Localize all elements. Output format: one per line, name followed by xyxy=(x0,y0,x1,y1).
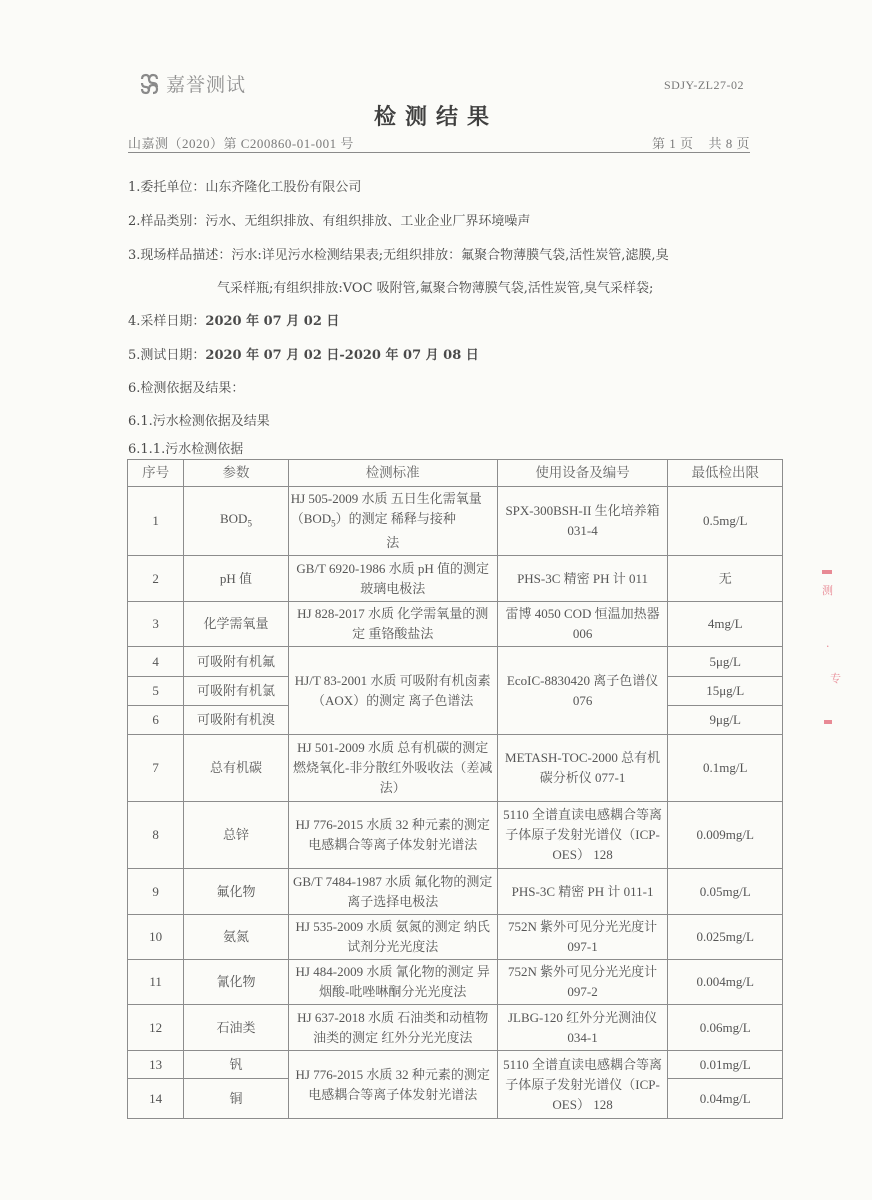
header-parameter: 参数 xyxy=(184,460,288,487)
section-6-1-1-heading: 6.1.1.污水检测依据 xyxy=(128,438,243,457)
cell-param: 石油类 xyxy=(184,1005,288,1051)
cell-param: 可吸附有机氟 xyxy=(184,647,288,677)
header-equipment: 使用设备及编号 xyxy=(497,460,668,487)
cell-limit: 0.004mg/L xyxy=(668,960,783,1005)
seal-stamp-fragment: 测 · 专 xyxy=(820,570,850,730)
logo-text: 嘉誉测试 xyxy=(166,70,246,97)
test-date-value: 2020 年 07 月 02 日-2020 年 07 月 08 日 xyxy=(205,348,478,363)
cell-param: 可吸附有机溴 xyxy=(184,706,288,735)
description-label: 3.现场样品描述： xyxy=(128,248,231,263)
cell-standard: HJ 776-2015 水质 32 种元素的测定 电感耦合等离子体发射光谱法 xyxy=(288,802,497,869)
cell-no: 9 xyxy=(128,869,184,915)
description-line-1: 污水:详见污水检测结果表;无组织排放：氟聚合物薄膜气袋,活性炭管,滤膜,臭 xyxy=(231,248,668,263)
report-reference-line: 山嘉测（2020）第 C200860-01-001 号 第 1 页 共 8 页 xyxy=(128,134,750,153)
cell-no: 10 xyxy=(128,915,184,960)
client-value: 山东齐隆化工股份有限公司 xyxy=(205,180,361,195)
cell-param: 铜 xyxy=(184,1079,288,1119)
cell-equipment: EcoIC-8830420 离子色谱仪 076 xyxy=(497,647,668,735)
cell-param: pH 值 xyxy=(184,556,288,602)
table-header-row: 序号 参数 检测标准 使用设备及编号 最低检出限 xyxy=(128,460,783,487)
cell-limit: 0.06mg/L xyxy=(668,1005,783,1051)
table-row: 3 化学需氧量 HJ 828-2017 水质 化学需氧量的测定 重铬酸盐法 雷博… xyxy=(128,602,783,647)
sample-type-label: 2.样品类别： xyxy=(128,214,205,229)
cell-standard: HJ 505-2009 水质 五日生化需氧量（BOD5）的测定 稀释与接种法 xyxy=(288,487,497,556)
table-row: 4 可吸附有机氟 HJ/T 83-2001 水质 可吸附有机卤素（AOX）的测定… xyxy=(128,647,783,677)
cell-limit: 4mg/L xyxy=(668,602,783,647)
document-code: SDJY-ZL27-02 xyxy=(664,78,744,93)
table-row: 2 pH 值 GB/T 6920-1986 水质 pH 值的测定 玻璃电极法 P… xyxy=(128,556,783,602)
cell-standard: HJ 776-2015 水质 32 种元素的测定 电感耦合等离子体发射光谱法 xyxy=(288,1051,497,1119)
description-field: 3.现场样品描述：污水:详见污水检测结果表;无组织排放：氟聚合物薄膜气袋,活性炭… xyxy=(128,244,669,263)
page-info: 第 1 页 共 8 页 xyxy=(652,133,750,152)
cell-param: 氨氮 xyxy=(184,915,288,960)
cell-equipment: 752N 紫外可见分光光度计 097-1 xyxy=(497,915,668,960)
cell-equipment: 5110 全谱直读电感耦合等离子体原子发射光谱仪（ICP-OES） 128 xyxy=(497,1051,668,1119)
report-number: 山嘉测（2020）第 C200860-01-001 号 xyxy=(128,133,354,152)
table-row: 8 总锌 HJ 776-2015 水质 32 种元素的测定 电感耦合等离子体发射… xyxy=(128,802,783,869)
cell-no: 2 xyxy=(128,556,184,602)
cell-standard: HJ/T 83-2001 水质 可吸附有机卤素（AOX）的测定 离子色谱法 xyxy=(288,647,497,735)
cell-equipment: 752N 紫外可见分光光度计 097-2 xyxy=(497,960,668,1005)
cell-equipment: METASH-TOC-2000 总有机碳分析仪 077-1 xyxy=(497,735,668,802)
cell-equipment: PHS-3C 精密 PH 计 011 xyxy=(497,556,668,602)
header-no: 序号 xyxy=(128,460,184,487)
sampling-date-field: 4.采样日期：2020 年 07 月 02 日 xyxy=(128,310,339,329)
cell-limit: 0.025mg/L xyxy=(668,915,783,960)
cell-param: 总锌 xyxy=(184,802,288,869)
cell-limit: 0.05mg/L xyxy=(668,869,783,915)
cell-limit: 15μg/L xyxy=(668,677,783,706)
cell-param: 可吸附有机氯 xyxy=(184,677,288,706)
table-row: 13 钒 HJ 776-2015 水质 32 种元素的测定 电感耦合等离子体发射… xyxy=(128,1051,783,1079)
table-row: 9 氟化物 GB/T 7484-1987 水质 氟化物的测定 离子选择电极法 P… xyxy=(128,869,783,915)
cell-limit: 0.04mg/L xyxy=(668,1079,783,1119)
cell-param: BOD5 xyxy=(184,487,288,556)
cell-equipment: 5110 全谱直读电感耦合等离子体原子发射光谱仪（ICP-OES） 128 xyxy=(497,802,668,869)
sample-type-field: 2.样品类别：污水、无组织排放、有组织排放、工业企业厂界环境噪声 xyxy=(128,210,530,229)
cell-param: 总有机碳 xyxy=(184,735,288,802)
sampling-date-label: 4.采样日期： xyxy=(128,314,205,329)
cell-param: 化学需氧量 xyxy=(184,602,288,647)
cell-param: 氟化物 xyxy=(184,869,288,915)
table-row: 1 BOD5 HJ 505-2009 水质 五日生化需氧量（BOD5）的测定 稀… xyxy=(128,487,783,556)
logo-icon xyxy=(138,73,160,95)
cell-limit: 9μg/L xyxy=(668,706,783,735)
cell-no: 4 xyxy=(128,647,184,677)
cell-equipment: JLBG-120 红外分光测油仪 034-1 xyxy=(497,1005,668,1051)
test-date-label: 5.测试日期： xyxy=(128,348,205,363)
page-title: 检测结果 xyxy=(0,100,872,131)
client-label: 1.委托单位： xyxy=(128,180,205,195)
table-row: 10 氨氮 HJ 535-2009 水质 氨氮的测定 纳氏试剂分光光度法 752… xyxy=(128,915,783,960)
cell-param: 钒 xyxy=(184,1051,288,1079)
table-row: 12 石油类 HJ 637-2018 水质 石油类和动植物油类的测定 红外分光光… xyxy=(128,1005,783,1051)
cell-limit: 0.009mg/L xyxy=(668,802,783,869)
cell-no: 1 xyxy=(128,487,184,556)
cell-limit: 无 xyxy=(668,556,783,602)
cell-no: 12 xyxy=(128,1005,184,1051)
cell-no: 7 xyxy=(128,735,184,802)
description-line-2: 气采样瓶;有组织排放:VOC 吸附管,氟聚合物薄膜气袋,活性炭管,臭气采样袋; xyxy=(217,277,653,296)
cell-standard: HJ 501-2009 水质 总有机碳的测定 燃烧氧化-非分散红外吸收法（差减法… xyxy=(288,735,497,802)
company-logo: 嘉誉测试 xyxy=(138,70,246,97)
cell-standard: GB/T 7484-1987 水质 氟化物的测定 离子选择电极法 xyxy=(288,869,497,915)
cell-equipment: PHS-3C 精密 PH 计 011-1 xyxy=(497,869,668,915)
cell-standard: HJ 484-2009 水质 氰化物的测定 异烟酸-吡唑啉酮分光光度法 xyxy=(288,960,497,1005)
cell-no: 8 xyxy=(128,802,184,869)
cell-limit: 5μg/L xyxy=(668,647,783,677)
cell-limit: 0.5mg/L xyxy=(668,487,783,556)
section-6-1-heading: 6.1.污水检测依据及结果 xyxy=(128,410,270,429)
cell-no: 3 xyxy=(128,602,184,647)
wastewater-test-basis-table: 序号 参数 检测标准 使用设备及编号 最低检出限 1 BOD5 HJ 505-2… xyxy=(127,459,783,1119)
header-detection-limit: 最低检出限 xyxy=(668,460,783,487)
sampling-date-value: 2020 年 07 月 02 日 xyxy=(205,314,339,329)
table-row: 7 总有机碳 HJ 501-2009 水质 总有机碳的测定 燃烧氧化-非分散红外… xyxy=(128,735,783,802)
test-date-field: 5.测试日期：2020 年 07 月 02 日-2020 年 07 月 08 日 xyxy=(128,344,479,363)
cell-standard: HJ 535-2009 水质 氨氮的测定 纳氏试剂分光光度法 xyxy=(288,915,497,960)
cell-no: 6 xyxy=(128,706,184,735)
section-6-heading: 6.检测依据及结果： xyxy=(128,377,244,396)
header-standard: 检测标准 xyxy=(288,460,497,487)
cell-no: 14 xyxy=(128,1079,184,1119)
cell-no: 5 xyxy=(128,677,184,706)
cell-equipment: SPX-300BSH-II 生化培养箱 031-4 xyxy=(497,487,668,556)
table-row: 11 氰化物 HJ 484-2009 水质 氰化物的测定 异烟酸-吡唑啉酮分光光… xyxy=(128,960,783,1005)
cell-no: 11 xyxy=(128,960,184,1005)
cell-standard: HJ 637-2018 水质 石油类和动植物油类的测定 红外分光光度法 xyxy=(288,1005,497,1051)
client-field: 1.委托单位：山东齐隆化工股份有限公司 xyxy=(128,176,361,195)
cell-standard: HJ 828-2017 水质 化学需氧量的测定 重铬酸盐法 xyxy=(288,602,497,647)
cell-equipment: 雷博 4050 COD 恒温加热器 006 xyxy=(497,602,668,647)
cell-limit: 0.1mg/L xyxy=(668,735,783,802)
cell-standard: GB/T 6920-1986 水质 pH 值的测定 玻璃电极法 xyxy=(288,556,497,602)
cell-limit: 0.01mg/L xyxy=(668,1051,783,1079)
cell-no: 13 xyxy=(128,1051,184,1079)
cell-param: 氰化物 xyxy=(184,960,288,1005)
sample-type-value: 污水、无组织排放、有组织排放、工业企业厂界环境噪声 xyxy=(205,214,530,229)
